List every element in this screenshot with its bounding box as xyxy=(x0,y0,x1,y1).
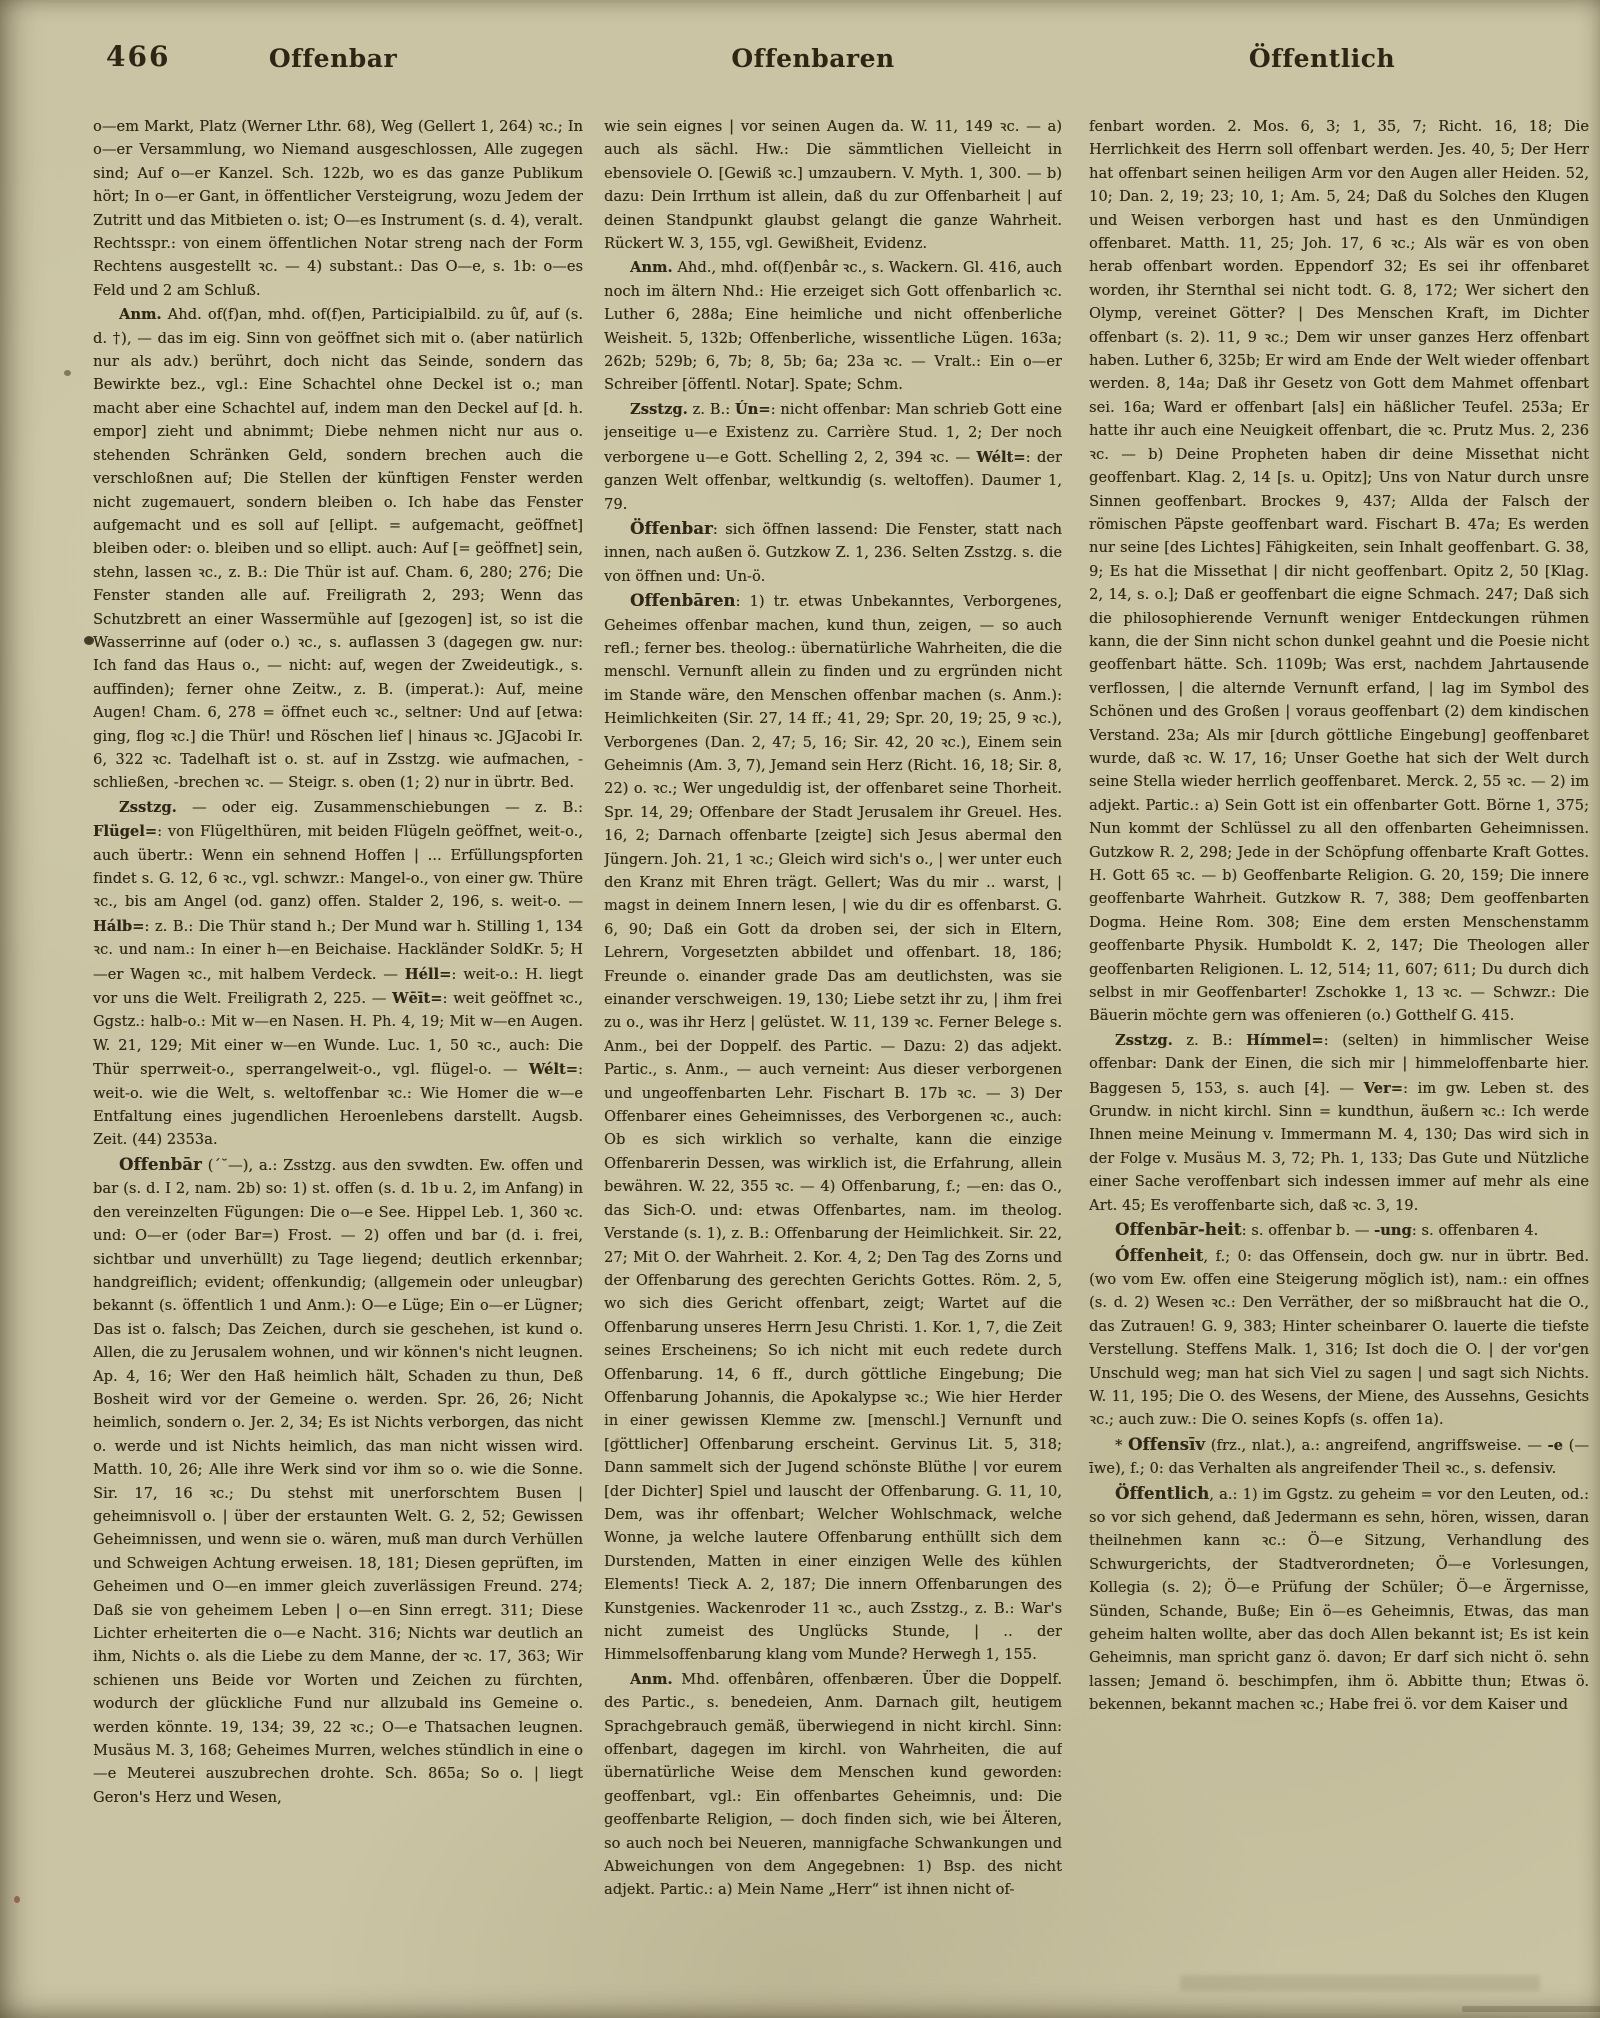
headword: Zsstzg. xyxy=(119,799,177,816)
body-text: (´˘—), a.: Zsstzg. aus den svwdten. Ew. … xyxy=(93,1158,583,1806)
headword: Óffenheit xyxy=(1115,1246,1203,1265)
body-text: fenbart worden. 2. Mos. 6, 3; 1, 35, 7; … xyxy=(1089,119,1589,1024)
body-text: : im gw. Leben st. des Grundw. in nicht … xyxy=(1089,1081,1589,1214)
headword: Ún= xyxy=(735,401,771,418)
headword: Offenbāren xyxy=(630,591,735,610)
headword: Offenbār xyxy=(119,1155,202,1174)
page-number: 466 xyxy=(106,40,170,73)
headword: Öffenbar xyxy=(630,519,713,538)
bleed-through-text xyxy=(1180,1975,1540,1991)
body-text: o—em Markt, Platz (Werner Lthr. 68), Weg… xyxy=(93,119,583,299)
headword: Ver= xyxy=(1364,1080,1403,1097)
body-text: : s. offenbaren 4. xyxy=(1412,1223,1539,1239)
body-text: wie sein eignes | vor seinen Augen da. W… xyxy=(604,119,1062,252)
headword: Anm. xyxy=(630,259,673,276)
body-text: , f.; 0: das Offensein, doch gw. nur in … xyxy=(1089,1249,1589,1429)
headword: Anm. xyxy=(119,306,162,323)
running-head-offenbaren: Offenbaren xyxy=(731,44,894,73)
entry-paragraph: o—em Markt, Platz (Werner Lthr. 68), Weg… xyxy=(93,116,583,303)
headword: Zsstzg. xyxy=(1115,1032,1173,1049)
paper-speck xyxy=(64,370,71,376)
running-head-oeffentlich: Öffentlich xyxy=(1249,44,1395,73)
entry-paragraph: Öffentlich, a.: 1) im Ggstz. zu geheim =… xyxy=(1089,1482,1589,1718)
running-head-offenbar: Offenbar xyxy=(269,44,397,73)
entry-paragraph: * Offensīv (frz., nlat.), a.: angreifend… xyxy=(1089,1433,1589,1482)
body-text: — oder eig. Zusammenschiebungen — z. B.: xyxy=(177,800,583,816)
headword: Anm. xyxy=(630,1671,673,1688)
body-text: : von Flügelthüren, mit beiden Flügeln g… xyxy=(93,824,583,910)
paper-speck xyxy=(14,1896,20,1903)
entry-paragraph: Zsstzg. — oder eig. Zusammenschiebungen … xyxy=(93,796,583,1153)
body-text: * xyxy=(1115,1438,1128,1454)
body-text: Ahd., mhd. of(f)enbâr ꝛc., s. Wackern. G… xyxy=(604,260,1062,393)
entry-paragraph: Anm. Ahd., mhd. of(f)enbâr ꝛc., s. Wacke… xyxy=(604,256,1062,397)
body-text: : s. offenbar b. — xyxy=(1242,1223,1375,1239)
text-column-left: o—em Markt, Platz (Werner Lthr. 68), Weg… xyxy=(93,116,583,1914)
body-text: , a.: 1) im Ggstz. zu geheim = vor den L… xyxy=(1089,1487,1589,1714)
headword: Héll= xyxy=(405,966,452,983)
headword: -ung xyxy=(1374,1222,1412,1239)
text-column-right: fenbart worden. 2. Mos. 6, 3; 1, 35, 7; … xyxy=(1089,116,1589,1914)
entry-paragraph: Anm. Mhd. offenbâren, offenbæren. Über d… xyxy=(604,1668,1062,1903)
headword: -e xyxy=(1548,1437,1563,1454)
headword: Öffentlich xyxy=(1115,1484,1209,1503)
ink-blot xyxy=(84,636,94,645)
headword: Offensīv xyxy=(1128,1435,1205,1454)
page-edge-shadow xyxy=(1462,2006,1600,2012)
headword: Flügel= xyxy=(93,823,157,840)
entry-paragraph: Óffenheit, f.; 0: das Offensein, doch gw… xyxy=(1089,1244,1589,1433)
paper-speck xyxy=(615,1438,620,1443)
body-text: Mhd. offenbâren, offenbæren. Über die Do… xyxy=(604,1672,1062,1899)
headword: Wélt= xyxy=(529,1061,578,1078)
headword: Zsstzg. xyxy=(630,401,688,418)
entry-paragraph: Offenbār-heit: s. offenbar b. — -ung: s.… xyxy=(1089,1218,1589,1243)
scanned-dictionary-page: 466 Offenbar Offenbaren Öffentlich o—em … xyxy=(0,0,1600,2018)
entry-paragraph: Zsstzg. z. B.: Ún=: nicht offenbar: Man … xyxy=(604,398,1062,517)
body-text: z. B.: xyxy=(1173,1033,1246,1049)
body-text: z. B.: xyxy=(688,402,735,418)
headword: Hálb= xyxy=(93,918,144,935)
entry-paragraph: wie sein eignes | vor seinen Augen da. W… xyxy=(604,116,1062,256)
headword: Wélt= xyxy=(976,449,1025,466)
entry-paragraph: Anm. Ahd. of(f)an, mhd. of(f)en, Partici… xyxy=(93,303,583,796)
entry-paragraph: Offenbār (´˘—), a.: Zsstzg. aus den svwd… xyxy=(93,1153,583,1810)
body-text: : 1) tr. etwas Unbekanntes, Verborgenes,… xyxy=(604,594,1062,1663)
entry-paragraph: Zsstzg. z. B.: Hímmel=: (selten) in himm… xyxy=(1089,1029,1589,1218)
headword: Hímmel= xyxy=(1246,1032,1323,1049)
text-column-middle: wie sein eignes | vor seinen Augen da. W… xyxy=(604,116,1062,1914)
entry-paragraph: fenbart worden. 2. Mos. 6, 3; 1, 35, 7; … xyxy=(1089,116,1589,1029)
entry-paragraph: Offenbāren: 1) tr. etwas Unbekanntes, Ve… xyxy=(604,589,1062,1668)
body-text: (frz., nlat.), a.: angreifend, angriffsw… xyxy=(1205,1438,1547,1454)
entry-paragraph: Öffenbar: sich öffnen lassend: Die Fenst… xyxy=(604,517,1062,589)
body-text: Ahd. of(f)an, mhd. of(f)en, Participialb… xyxy=(93,307,583,791)
headword: Offenbār-heit xyxy=(1115,1220,1242,1239)
headword: Wēīt= xyxy=(392,990,442,1007)
